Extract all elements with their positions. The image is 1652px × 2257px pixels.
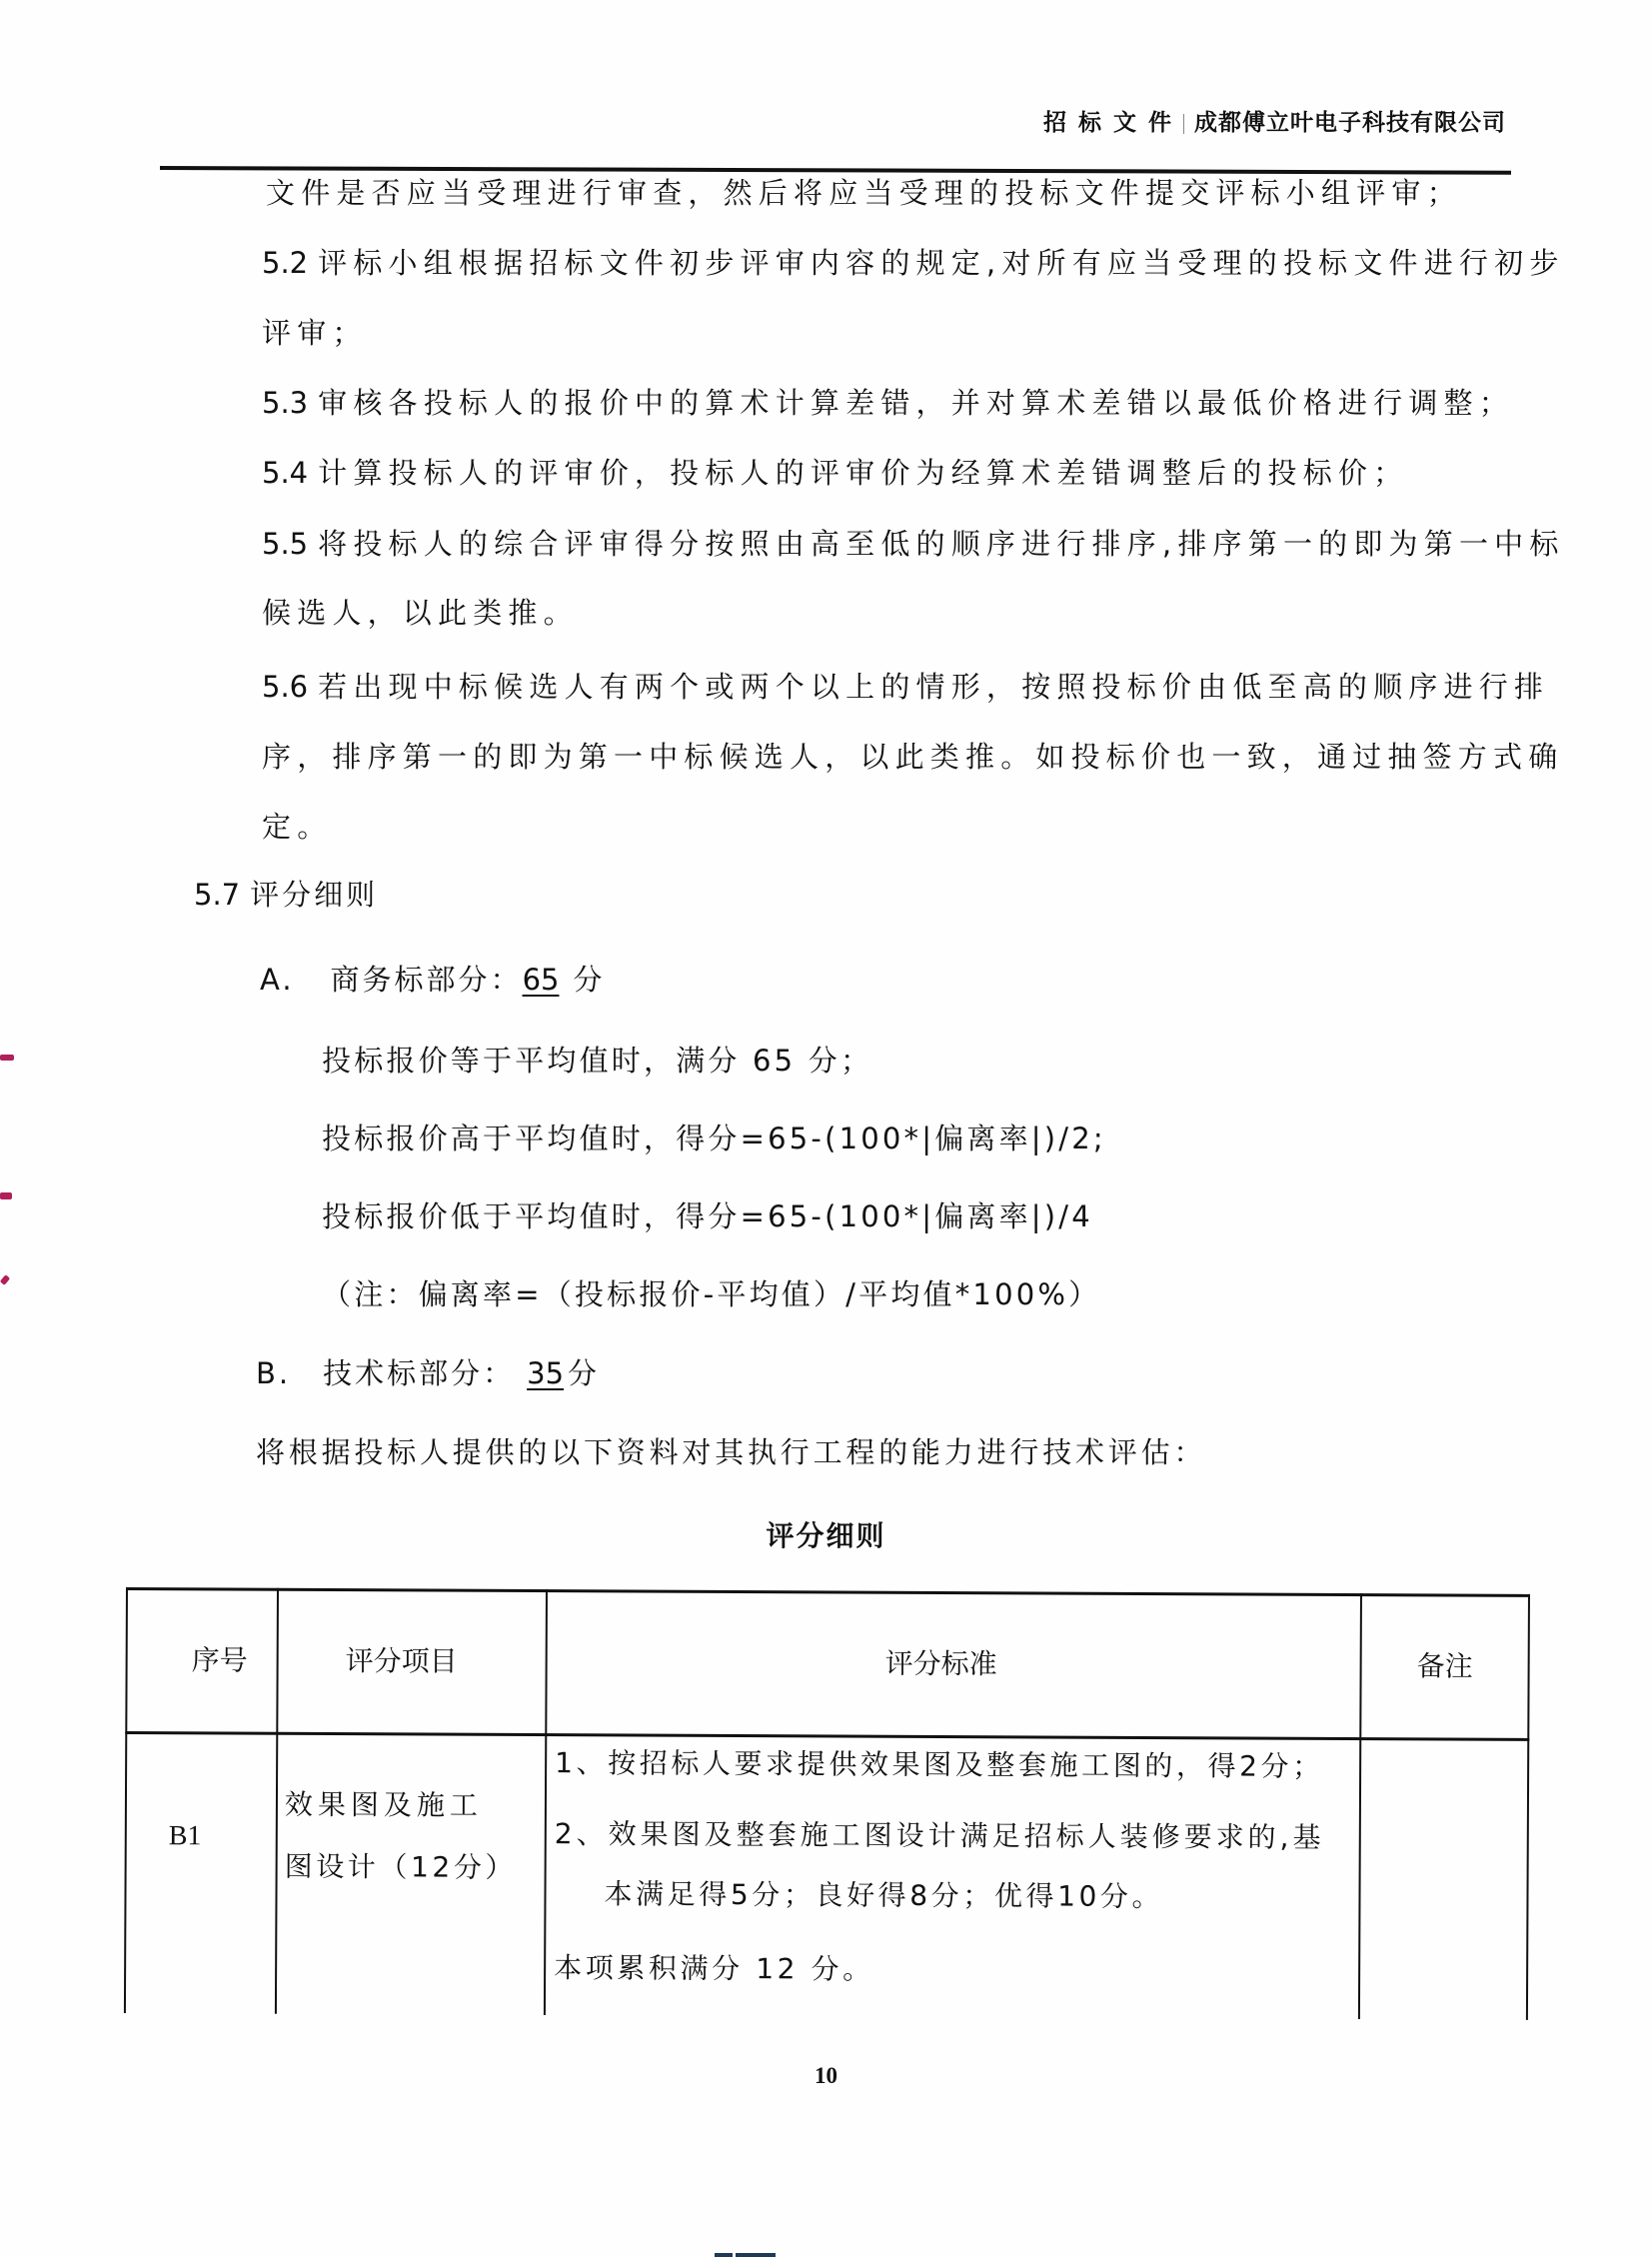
table-header-divider: [125, 1731, 1529, 1741]
part-a-note: （注：偏离率=（投标报价-平均值）/平均值*100%）: [322, 1277, 1100, 1311]
table-row-item: 图设计（12分）: [285, 1850, 518, 1885]
margin-stamp-mark: [0, 1055, 14, 1061]
paragraph-5-3: 5.3审核各投标人的报价中的算术计算差错，并对算术差错以最低价格进行调整；: [262, 386, 1514, 420]
part-b-title: 技术标部分：: [323, 1356, 515, 1390]
paragraph-5-5: 5.5将投标人的综合评审得分按照由高至低的顺序进行排序,排序第一的即为第一中标: [262, 527, 1565, 561]
part-b-score: 35: [527, 1356, 564, 1390]
clause-number: 5.6: [262, 670, 308, 704]
paragraph-line: 评审；: [262, 316, 368, 350]
table-row-total: 本项累积满分 12 分。: [554, 1951, 874, 1987]
part-a-score: 65: [523, 963, 560, 997]
margin-stamp-mark: [0, 1192, 12, 1199]
clause-number: 5.3: [262, 386, 308, 420]
part-b-intro: 将根据投标人提供的以下资料对其执行工程的能力进行技术评估：: [256, 1435, 1206, 1469]
clause-number: 5.5: [262, 527, 308, 561]
paragraph-line: 序，排序第一的即为第一中标候选人，以此类推。如投标价也一致，通过抽签方式确: [262, 740, 1563, 774]
paragraph-line: 将投标人的综合评审得分按照由高至低的顺序进行排序,排序第一的即为第一中标: [318, 527, 1564, 561]
table-header-seq: 序号: [192, 1643, 248, 1677]
section-title: 评分细则: [250, 878, 378, 912]
part-a-rule: 投标报价高于平均值时，得分=65-(100*|偏离率|)/2;: [322, 1122, 1106, 1155]
table-col-divider: [544, 1589, 548, 2015]
paragraph-line: 审核各投标人的报价中的算术计算差错，并对算术差错以最低价格进行调整；: [318, 386, 1514, 420]
document-page: 招标文件成都傅立叶电子科技有限公司 文件是否应当受理进行审查，然后将应当受理的投…: [0, 0, 1652, 2257]
running-header: 招标文件成都傅立叶电子科技有限公司: [1043, 104, 1506, 137]
table-border-top: [126, 1587, 1530, 1597]
table-border-right: [1526, 1594, 1530, 2020]
paragraph-5-4: 5.4计算投标人的评审价，投标人的评审价为经算术差错调整后的投标价；: [262, 456, 1408, 490]
header-doc-type: 招标文件: [1043, 110, 1183, 136]
table-header-note: 备注: [1417, 1649, 1473, 1683]
clause-number: 5.7: [194, 878, 240, 912]
header-separator: [1183, 114, 1184, 134]
part-a-rule: 投标报价等于平均值时，满分 65 分；: [322, 1044, 872, 1078]
paragraph-line: 若出现中标候选人有两个或两个以上的情形，按照投标价由低至高的顺序进行排: [318, 670, 1549, 704]
scoring-table: 序号 评分项目 评分标准 备注 B1 效果图及施工 图设计（12分） 1、按招标…: [124, 1587, 1530, 2020]
table-row-id: B1: [169, 1819, 202, 1853]
table-row-criteria: 2、效果图及整套施工图设计满足招标人装修要求的,基: [555, 1817, 1325, 1855]
header-company: 成都傅立叶电子科技有限公司: [1194, 110, 1506, 136]
table-row-item: 效果图及施工: [285, 1788, 483, 1823]
table-col-divider: [1358, 1593, 1362, 2019]
part-a-label: A.: [260, 963, 295, 997]
section-5-7-heading: 5.7评分细则: [194, 878, 378, 912]
part-a-title: 商务标部分：: [331, 963, 523, 997]
paragraph-5-6: 5.6若出现中标候选人有两个或两个以上的情形，按照投标价由低至高的顺序进行排: [262, 670, 1549, 704]
table-title: 评分细则: [0, 1514, 1652, 1554]
paragraph-line: 评标小组根据招标文件初步评审内容的规定,对所有应当受理的投标文件进行初步: [318, 246, 1564, 280]
page-number: 10: [0, 2063, 1652, 2089]
paragraph-5-2: 5.2评标小组根据招标文件初步评审内容的规定,对所有应当受理的投标文件进行初步: [262, 246, 1565, 280]
part-a-rule: 投标报价低于平均值时，得分=65-(100*|偏离率|)/4: [322, 1199, 1093, 1233]
part-b-heading: B.技术标部分：35分: [256, 1356, 600, 1390]
part-a-heading: A.商务标部分：65分: [260, 963, 605, 997]
table-header-item: 评分项目: [346, 1644, 458, 1679]
paragraph-line: 文件是否应当受理进行审查，然后将应当受理的投标文件提交评标小组评审；: [266, 176, 1462, 210]
header-rule: [160, 166, 1511, 175]
margin-stamp-mark: [0, 1274, 10, 1285]
part-b-label: B.: [256, 1356, 291, 1390]
paragraph-line: 候选人，以此类推。: [262, 596, 579, 630]
part-a-unit: 分: [573, 963, 605, 997]
table-col-divider: [275, 1588, 279, 2014]
clause-number: 5.2: [262, 246, 308, 280]
paragraph-line: 定。: [262, 810, 332, 844]
scan-edge-mark: [736, 2253, 776, 2257]
table-row-criteria: 1、按招标人要求提供效果图及整套施工图的，得2分；: [555, 1746, 1324, 1784]
paragraph-line: 计算投标人的评审价，投标人的评审价为经算术差错调整后的投标价；: [318, 456, 1408, 490]
clause-number: 5.4: [262, 456, 308, 490]
table-row-criteria: 本满足得5分；良好得8分；优得10分。: [604, 1877, 1163, 1914]
table-border-left: [124, 1587, 128, 2013]
part-b-unit: 分: [568, 1356, 600, 1390]
table-header-criteria: 评分标准: [885, 1647, 997, 1682]
scan-edge-mark: [715, 2253, 733, 2257]
